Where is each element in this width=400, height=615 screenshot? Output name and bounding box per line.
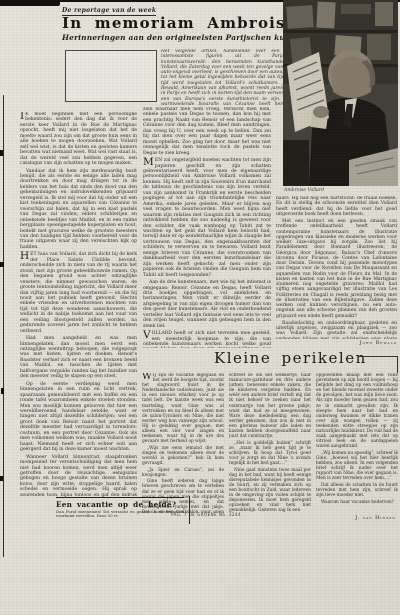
paragraph: „Wijs me eens iemand die met zingen en t…	[142, 446, 224, 466]
perikelen-column-3: opgewekten knaap met een vuile gevelstee…	[316, 373, 398, 515]
dropcap: V	[143, 331, 152, 340]
ad-title: Een vacantie op de heide?	[56, 500, 184, 509]
paragraph: schreef ze om het wekkertje, haar manucu…	[229, 373, 311, 439]
dropcap: W	[142, 373, 153, 382]
paragraph: Met een instinct en een goeden smaak van…	[276, 219, 397, 319]
article-column-3: naars. Hij had nog een hartstocht: de fr…	[276, 196, 397, 339]
dropcap: M	[143, 158, 155, 167]
paragraph-text: EN zal ongetwijfeld moeten wachten tot m…	[143, 158, 271, 278]
article-column-2: zien waarnaar men hem vroeg. Verzocht me…	[143, 107, 271, 348]
paragraph: zien waarnaar men hem vroeg. Verzocht me…	[143, 107, 271, 156]
scan-edge-top-left	[0, 0, 60, 6]
photo-ambroise-vollard	[283, 0, 398, 186]
scan-mark	[0, 150, 3, 156]
paragraph: Raadselachtig en ondoordringbaar, geslot…	[276, 321, 397, 339]
paragraph: Dat alleen de schatten in de buurt tevre…	[316, 483, 398, 498]
paragraph: „Wij komen nu spoedig”, schreef ik Gine,…	[316, 451, 398, 482]
paragraph: WIJ zijn de vacantie ingegaan en het wer…	[142, 373, 224, 444]
photo-caption: Ambroise Vollard	[284, 188, 324, 193]
page-footer: PAG. 7 DE GROENE No. 3244	[150, 512, 262, 517]
paragraph: Waarom haar vacantie bederven?	[316, 500, 398, 505]
article-signature: John Rewald	[276, 341, 397, 346]
paragraph: HET huis van Vollard, dat zich dicht bij…	[20, 252, 137, 334]
perikelen-signature: J. van Hinsen	[316, 516, 396, 521]
paragraph-text: IJ zijn de vacantie ingegaan en het werd…	[142, 373, 224, 444]
dropcap: H	[20, 252, 30, 261]
paragraph-text: OLLARD heeft er zich niet tevreden mee g…	[143, 331, 271, 348]
paragraph: Nine gaat minstens twee maal per dag in …	[229, 468, 311, 513]
article-intro: Het volgende artikel, handelende over ee…	[161, 49, 293, 105]
paragraph: Wanneer Vollard binnentrad, slaapdronken…	[20, 455, 137, 497]
rule-corner	[358, 356, 398, 373]
empty-frame-box	[65, 50, 157, 102]
paragraph-text: ET huis van Vollard, dat zich dicht bij …	[20, 252, 137, 333]
scan-mark	[0, 262, 4, 267]
paragraph: Had men aangebeld en was men binnengelat…	[20, 336, 137, 380]
scan-edge-left	[3, 95, 4, 557]
paragraph: Vandaar dat ik hem zijn merkwaardig bezi…	[20, 169, 137, 251]
perikelen-column-2: schreef ze om het wekkertje, haar manucu…	[229, 373, 311, 513]
magazine-page: De reportage van de week In memoriam Amb…	[0, 0, 400, 615]
column-divider	[189, 496, 190, 524]
perikelen-column-1: WIJ zijn de vacantie ingegaan en het wer…	[142, 373, 224, 513]
paragraph-text: K moet beginnen met een persoonlijke bek…	[20, 112, 137, 166]
paragraph: opgewekten knaap met een vuile gevelstee…	[316, 373, 398, 449]
paragraph: VOLLARD heeft er zich niet tevreden mee …	[143, 331, 271, 348]
paragraph: IK moet beginnen met een persoonlijke be…	[20, 112, 137, 167]
paragraph: naars. Hij had nog een hartstocht: de fr…	[276, 196, 397, 217]
scan-mark	[0, 476, 3, 481]
paragraph: „Het is goddelijk buiten” schrijft ze, „…	[229, 441, 311, 466]
scan-mark	[1, 388, 4, 394]
photo-illustration	[283, 0, 398, 186]
article-column-1: IK moet beginnen met een persoonlijke be…	[20, 112, 137, 497]
paragraph: Op de eerste verdieping werd men binneng…	[20, 382, 137, 453]
paragraph: Aan de drie kunstenaars, met wie hij het…	[143, 280, 271, 329]
paragraph: MEN zal ongetwijfeld moeten wachten tot …	[143, 158, 271, 278]
paragraph: „Ja Spier en Caruso”, zei de kwajongen.	[142, 468, 224, 478]
column-section-title: Kleine perikelen	[214, 349, 367, 367]
